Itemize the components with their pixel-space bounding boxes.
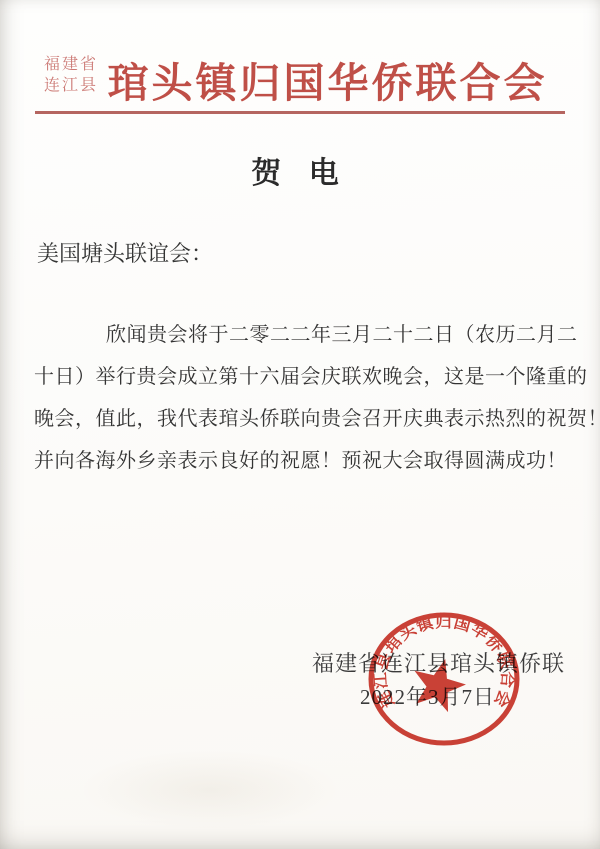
document-title: 贺 电 xyxy=(0,148,600,192)
letterhead-region-line1: 福建省 xyxy=(44,54,98,75)
letterhead-org-name: 琯头镇归国华侨联合会 xyxy=(95,50,560,109)
letterhead-divider xyxy=(35,111,565,114)
signature-org: 福建省连江县琯头镇侨联 xyxy=(312,648,565,680)
signature-date: 2022年3月7日 xyxy=(312,680,565,714)
signature-block: 福建省连江县琯头镇侨联 2022年3月7日 xyxy=(312,648,565,714)
paper-smudge xyxy=(80,750,340,830)
letter-page: 福建省 连江县 琯头镇归国华侨联合会 贺 电 美国塘头联谊会： 欣闻贵会将于二零… xyxy=(0,0,600,849)
body-line: 欣闻贵会将于二零二二年三月二十二日（农历二月二 xyxy=(34,314,568,356)
letterhead-region-line2: 连江县 xyxy=(44,75,98,96)
salutation: 美国塘头联谊会： xyxy=(37,237,213,268)
letter-body: 欣闻贵会将于二零二二年三月二十二日（农历二月二 十日）举行贵会成立第十六届会庆联… xyxy=(34,314,568,482)
letterhead-region: 福建省 连江县 xyxy=(44,54,98,96)
body-line: 十日）举行贵会成立第十六届会庆联欢晚会，这是一个隆重的 xyxy=(34,356,568,398)
body-line: 并向各海外乡亲表示良好的祝愿！预祝大会取得圆满成功！ xyxy=(34,440,568,482)
body-line: 晚会，值此，我代表琯头侨联向贵会召开庆典表示热烈的祝贺！ xyxy=(34,398,568,440)
